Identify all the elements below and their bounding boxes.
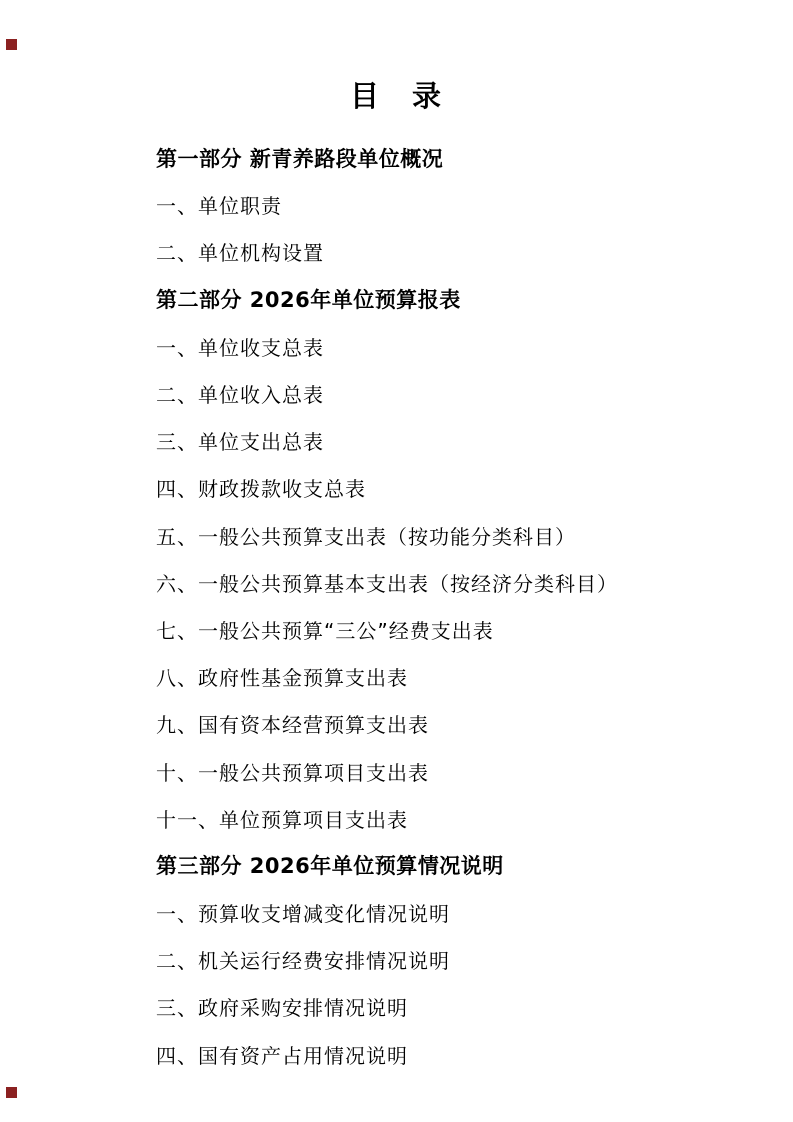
toc-section-heading: 第三部分 2026年单位预算情况说明 xyxy=(156,842,763,889)
toc-item: 三、政府采购安排情况说明 xyxy=(156,983,763,1030)
toc-item: 八、政府性基金预算支出表 xyxy=(156,653,763,700)
page-corner-marker-top xyxy=(6,39,17,50)
table-of-contents: 第一部分 新青养路段单位概况一、单位职责二、单位机构设置第二部分 2026年单位… xyxy=(156,134,763,1078)
toc-item: 三、单位支出总表 xyxy=(156,417,763,464)
toc-item: 九、国有资本经营预算支出表 xyxy=(156,700,763,747)
toc-item: 十、一般公共预算项目支出表 xyxy=(156,747,763,794)
toc-section-heading: 第一部分 新青养路段单位概况 xyxy=(156,134,763,181)
page-corner-marker-bottom xyxy=(6,1087,17,1098)
toc-item: 一、单位职责 xyxy=(156,181,763,228)
toc-item: 四、财政拨款收支总表 xyxy=(156,464,763,511)
toc-item: 四、国有资产占用情况说明 xyxy=(156,1031,763,1078)
page-title: 目 录 xyxy=(0,76,793,116)
toc-item: 五、一般公共预算支出表（按功能分类科目） xyxy=(156,512,763,559)
toc-item: 十一、单位预算项目支出表 xyxy=(156,795,763,842)
toc-item: 二、机关运行经费安排情况说明 xyxy=(156,936,763,983)
toc-item: 二、单位收入总表 xyxy=(156,370,763,417)
toc-section-heading: 第二部分 2026年单位预算报表 xyxy=(156,276,763,323)
toc-item: 六、一般公共预算基本支出表（按经济分类科目） xyxy=(156,559,763,606)
toc-item: 七、一般公共预算“三公”经费支出表 xyxy=(156,606,763,653)
toc-item: 一、预算收支增减变化情况说明 xyxy=(156,889,763,936)
toc-item: 二、单位机构设置 xyxy=(156,228,763,275)
toc-item: 一、单位收支总表 xyxy=(156,323,763,370)
document-page: 目 录 第一部分 新青养路段单位概况一、单位职责二、单位机构设置第二部分 202… xyxy=(0,0,793,1122)
